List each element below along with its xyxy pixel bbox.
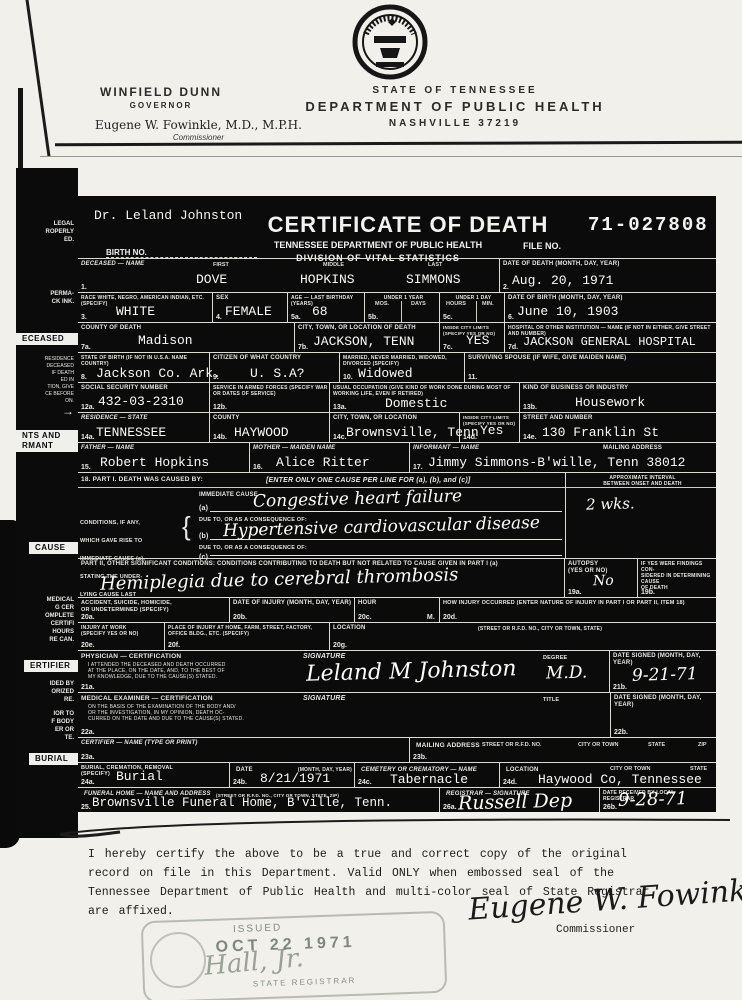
value-citizen: U. S.A?	[250, 366, 305, 381]
stamp-seal-icon	[149, 931, 207, 989]
certification-title: PHYSICIAN — CERTIFICATION	[78, 651, 300, 660]
scan-edge-line	[25, 0, 51, 156]
value-mother-name: Alice Ritter	[276, 455, 370, 470]
certificate-body: Dr. Leland Johnston CERTIFICATE OF DEATH…	[78, 196, 716, 812]
sub-label: FIRST	[213, 262, 229, 268]
field-residence-city-limits: INSIDE CITY LIMITS (SPECIFY YES OR NO) Y…	[460, 413, 520, 442]
field-number: 7a.	[81, 344, 91, 351]
field-hour: HOUR M. 20c.	[355, 598, 440, 622]
field-number: 5a.	[291, 314, 301, 321]
margin-note-legal: LEGAL ROPERLY ED.	[46, 220, 74, 244]
birth-no-label: BIRTH NO.	[106, 248, 257, 258]
field-burial-location: LOCATION CITY OR TOWN STATE Haywood Co, …	[500, 763, 716, 787]
field-number: 20c.	[358, 614, 372, 621]
field-part2-conditions: PART II, OTHER SIGNIFICANT CONDITIONS: C…	[78, 559, 565, 597]
value-state-of-birth: Jackson Co. Ark.	[96, 366, 221, 381]
line-b-prefix: (b)	[196, 531, 209, 540]
field-father: FATHER — NAME Robert Hopkins 15.	[78, 443, 250, 472]
field-number: 14c.	[333, 434, 347, 441]
city-zip-line: NASHVILLE 37219	[305, 118, 605, 129]
field-injury-at-work: INJURY AT WORK (SPECIFY YES OR NO) 20e.	[78, 623, 165, 650]
field-label: STATE OF BIRTH (IF NOT IN U.S.A. NAME CO…	[78, 353, 209, 367]
field-examiner-date-signed: DATE SIGNED (MONTH, DAY, YEAR) 22b.	[610, 693, 716, 737]
field-number: 5b.	[368, 314, 378, 321]
stamp-issued-label: ISSUED	[233, 922, 283, 935]
margin-arrow-icon: →	[62, 404, 74, 418]
field-accident: ACCIDENT, SUICIDE, HOMICIDE, OR UNDETERM…	[78, 598, 230, 622]
field-date-of-birth: DATE OF BIRTH (MONTH, DAY, YEAR) June 10…	[505, 293, 716, 322]
value-part2: Hemiplegia due to cerebral thrombosis	[100, 564, 459, 594]
row-ssn-occupation: SOCIAL SECURITY NUMBER 432-03-2310 12a. …	[78, 382, 716, 412]
title-label: TITLE	[540, 695, 559, 704]
field-number: 20b.	[233, 614, 247, 621]
value-age: 68	[312, 304, 328, 319]
field-number: 21b.	[613, 684, 627, 691]
field-number: 22b.	[614, 729, 628, 736]
stamp-registrar-label: STATE REGISTRAR	[253, 976, 357, 989]
field-residence-state: RESIDENCE — STATE TENNESSEE 14a.	[78, 413, 210, 442]
divider	[401, 301, 402, 322]
row-medical-examiner: MEDICAL EXAMINER — CERTIFICATION ON THE …	[78, 692, 716, 737]
section-part2: PART II, OTHER SIGNIFICANT CONDITIONS: C…	[78, 558, 716, 597]
field-physician-date-signed: DATE SIGNED (MONTH, DAY, YEAR) 9-21-71 2…	[610, 651, 716, 692]
field-label: COUNTY OF DEATH	[78, 323, 294, 332]
field-under-1-year: UNDER 1 YEAR MOS. DAYS 5b.	[365, 293, 440, 322]
sub-label: DAYS	[411, 301, 426, 307]
field-number: 3.	[81, 314, 87, 321]
governor-title: GOVERNOR	[100, 101, 222, 110]
margin-note-medical: MEDICAL G CER OMPLETE CERTIFI HOURS RE C…	[45, 596, 74, 644]
certificate-subtitle1: TENNESSEE DEPARTMENT OF PUBLIC HEALTH	[238, 240, 518, 250]
field-number: 7b.	[298, 344, 308, 351]
value-first-name: DOVE	[196, 272, 227, 287]
field-label: SURVIVING SPOUSE (IF WIFE, GIVE MAIDEN N…	[465, 353, 716, 362]
part1-instruction: [ENTER ONLY ONE CAUSE PER LINE FOR (a), …	[263, 475, 470, 484]
commissioner-label: Commissioner	[556, 924, 635, 936]
field-informant: INFORMANT — NAME MAILING ADDRESS Jimmy S…	[410, 443, 716, 472]
divider	[476, 301, 477, 322]
value-race: WHITE	[116, 304, 155, 319]
value-residence-state: TENNESSEE	[96, 425, 166, 440]
field-number: 20d.	[443, 614, 457, 621]
field-residence-city: CITY, TOWN, OR LOCATION Brownsville, Ten…	[330, 413, 460, 442]
field-label: DATE OF BIRTH (MONTH, DAY, YEAR)	[505, 293, 716, 302]
field-number: 14e.	[523, 434, 537, 441]
field-label: DATE OF DEATH (MONTH, DAY, YEAR)	[500, 259, 716, 268]
row-accident: ACCIDENT, SUICIDE, HOMICIDE, OR UNDETERM…	[78, 597, 716, 622]
sub-label: HOURS	[446, 301, 466, 307]
sub-label: CITY OR TOWN	[578, 742, 618, 748]
certification-title: MEDICAL EXAMINER — CERTIFICATION	[78, 693, 300, 702]
field-examiner-title: TITLE	[530, 693, 610, 737]
field-number: 13a.	[333, 404, 347, 411]
field-mother: MOTHER — MAIDEN NAME Alice Ritter 16.	[250, 443, 410, 472]
value-date-signed: 9-21-71	[632, 664, 698, 686]
row-parents-informant: FATHER — NAME Robert Hopkins 15. MOTHER …	[78, 442, 716, 472]
field-number: 23a.	[81, 754, 95, 761]
certification-body: ON THE BASIS OF THE EXAMINATION OF THE B…	[78, 702, 300, 722]
field-number: 24d.	[503, 779, 517, 786]
field-number: 24a.	[81, 779, 95, 786]
scan-edge-bar	[18, 88, 23, 172]
field-number: 24c.	[358, 779, 372, 786]
margin-note-residence: RESIDENCE DECEASED IF DEATH ED IN TION, …	[45, 356, 74, 405]
governor-block: WINFIELD DUNN GOVERNOR	[100, 85, 222, 110]
value-informant: Jimmy Simmons-B'wille, Tenn 38012	[428, 455, 685, 470]
row-certifier: CERTIFIER — NAME (TYPE OR PRINT) 23a. MA…	[78, 737, 716, 762]
margin-column: LEGAL ROPERLY ED. PERMA- CK INK. ECEASED…	[16, 168, 78, 838]
field-examiner-certification: MEDICAL EXAMINER — CERTIFICATION ON THE …	[78, 693, 300, 737]
field-number: 20f.	[168, 642, 180, 649]
field-occupation: USUAL OCCUPATION (GIVE KIND OF WORK DONE…	[330, 383, 520, 412]
row-injury-location: INJURY AT WORK (SPECIFY YES OR NO) 20e. …	[78, 622, 716, 650]
value-residence-county: HAYWOOD	[234, 425, 289, 440]
field-label: HOUR	[355, 598, 439, 607]
field-label: ACCIDENT, SUICIDE, HOMICIDE, OR UNDETERM…	[78, 598, 229, 613]
field-number: 19a.	[568, 589, 582, 596]
sub-label: LAST	[428, 262, 442, 268]
field-examiner-signature: SIGNATURE	[300, 693, 530, 737]
field-number: 24b.	[233, 779, 247, 786]
death-certificate-scan: WINFIELD DUNN GOVERNOR Eugene W. Fowinkl…	[0, 0, 742, 1000]
field-label: STREET AND NUMBER	[520, 413, 716, 422]
value-date-of-birth: June 10, 1903	[517, 304, 618, 319]
field-label: SEX	[213, 293, 287, 302]
field-ssn: SOCIAL SECURITY NUMBER 432-03-2310 12a.	[78, 383, 210, 412]
field-number: 4.	[216, 314, 222, 321]
field-label: CITY, TOWN, OR LOCATION	[330, 413, 459, 422]
row-name: DECEASED — NAME FIRST MIDDLE LAST DOVE H…	[78, 258, 716, 292]
value-street-number: 130 Franklin St	[542, 425, 659, 440]
field-number: 20e.	[81, 642, 95, 649]
value-interval-a: 2 wks.	[586, 494, 635, 513]
field-label: MOTHER — MAIDEN NAME	[253, 445, 335, 451]
field-label: DATE SIGNED (MONTH, DAY, YEAR)	[611, 693, 716, 709]
value-burial-type: Burial	[116, 769, 163, 784]
file-no-label: FILE NO.	[523, 241, 561, 251]
field-number: 7c.	[443, 344, 453, 351]
field-number: 21a.	[81, 684, 95, 691]
row-race-sex-age: RACE WHITE, NEGRO, AMERICAN INDIAN, ETC.…	[78, 292, 716, 322]
field-cemetery: CEMETERY OR CREMATORY — NAME Tabernacle …	[355, 763, 500, 787]
value-business: Housework	[575, 395, 645, 410]
governor-name: WINFIELD DUNN	[100, 85, 222, 99]
field-label: INFORMANT — NAME	[413, 445, 479, 451]
margin-band-deceased: ECEASED	[16, 333, 78, 345]
file-no-value: 71-027808	[588, 214, 709, 236]
sub-label: MOS.	[375, 301, 389, 307]
field-label: KIND OF BUSINESS OR INDUSTRY	[520, 383, 716, 392]
row-birth-citizen-marital: STATE OF BIRTH (IF NOT IN U.S.A. NAME CO…	[78, 352, 716, 382]
value-occupation: Domestic	[385, 396, 447, 411]
field-number: 14d.	[463, 434, 477, 441]
margin-band-informant: NTS AND RMANT	[16, 430, 78, 452]
field-inside-city-limits-death: INSIDE CITY LIMITS (SPECIFY YES OR NO) Y…	[440, 323, 505, 352]
row-place-of-death: COUNTY OF DEATH Madison 7a. CITY, TOWN, …	[78, 322, 716, 352]
field-number: 1.	[81, 284, 87, 291]
value-middle-name: HOPKINS	[300, 272, 355, 287]
field-number: 12b.	[213, 404, 227, 411]
field-label: CITY, TOWN, OR LOCATION OF DEATH	[295, 323, 439, 332]
field-number: 13b.	[523, 404, 537, 411]
field-label: PLACE OF INJURY AT HOME, FARM, STREET, F…	[165, 623, 329, 637]
line-c-rule	[210, 543, 562, 556]
sub-label: MIN.	[482, 301, 494, 307]
field-label: RESIDENCE — STATE	[81, 415, 148, 421]
commissioner-title: Commissioner	[95, 133, 302, 142]
field-findings: IF YES WERE FINDINGS CON- SIDERED IN DET…	[638, 559, 716, 597]
value-degree: M.D.	[546, 662, 588, 683]
signature-label: SIGNATURE	[300, 693, 346, 702]
sub-label: MIDDLE	[323, 262, 344, 268]
field-number: 6.	[508, 314, 514, 321]
value-date-of-death: Aug. 20, 1971	[512, 273, 613, 288]
value-sex: FEMALE	[225, 304, 272, 319]
value-last-name: SIMMONS	[406, 272, 461, 287]
degree-label: DEGREE	[540, 653, 567, 662]
field-marital-status: MARRIED, NEVER MARRIED, WIDOWED, DIVORCE…	[340, 353, 465, 382]
field-race: RACE WHITE, NEGRO, AMERICAN INDIAN, ETC.…	[78, 293, 213, 322]
value-cemetery: Tabernacle	[390, 772, 468, 787]
field-certifier-name: CERTIFIER — NAME (TYPE OR PRINT) 23a.	[78, 738, 410, 762]
value-residence-city: Brownsville, Tenn	[346, 425, 479, 440]
commissioner-name: Eugene W. Fowinkle, M.D., M.P.H.	[95, 118, 302, 132]
value-marital-status: Widowed	[358, 366, 413, 381]
field-business: KIND OF BUSINESS OR INDUSTRY Housework 1…	[520, 383, 716, 412]
certificate-title: CERTIFICATE OF DEATH	[248, 212, 568, 238]
horizontal-rule-faint	[40, 156, 742, 157]
field-how-injury: HOW INJURY OCCURRED (ENTER NATURE OF INJ…	[440, 598, 716, 622]
field-number: 11.	[468, 374, 477, 381]
field-label: HOW INJURY OCCURRED (ENTER NATURE OF INJ…	[440, 598, 716, 607]
value-residence-city-limits: Yes	[480, 423, 503, 438]
value-county-of-death: Madison	[138, 333, 193, 348]
field-label: CITIZEN OF WHAT COUNTRY	[210, 353, 339, 362]
interval-label: APPROXIMATE INTERVAL BETWEEN ONSET AND D…	[566, 473, 716, 487]
row-residence: RESIDENCE — STATE TENNESSEE 14a. COUNTY …	[78, 412, 716, 442]
field-physician-certification: PHYSICIAN — CERTIFICATION I ATTENDED THE…	[78, 651, 300, 692]
field-citizen: CITIZEN OF WHAT COUNTRY U. S.A? 9.	[210, 353, 340, 382]
field-label: SOCIAL SECURITY NUMBER	[78, 383, 209, 392]
field-age: AGE — LAST BIRTHDAY (YEARS) 68 5a.	[288, 293, 365, 322]
field-number: 5c.	[443, 314, 453, 321]
value-burial-date: 8/21/1971	[260, 771, 330, 786]
field-label: SERVICE IN ARMED FORCES (SPECIFY WAR OR …	[210, 383, 329, 397]
field-residence-county: COUNTY HAYWOOD 14b.	[210, 413, 330, 442]
issued-stamp: ISSUED OCT 22 1971 Hall, Jr. STATE REGIS…	[141, 911, 448, 1000]
field-county-of-death: COUNTY OF DEATH Madison 7a.	[78, 323, 295, 352]
field-number: 23b.	[413, 754, 427, 761]
part1-label: 18. PART I. DEATH WAS CAUSED BY:	[78, 474, 203, 483]
field-label: MARRIED, NEVER MARRIED, WIDOWED, DIVORCE…	[340, 353, 464, 367]
department-line: DEPARTMENT OF PUBLIC HEALTH	[305, 99, 605, 114]
department-block: STATE OF TENNESSEE DEPARTMENT OF PUBLIC …	[305, 85, 605, 129]
state-line: STATE OF TENNESSEE	[305, 85, 605, 96]
field-city-of-death: CITY, TOWN, OR LOCATION OF DEATH JACKSON…	[295, 323, 440, 352]
field-label: LOCATION	[503, 765, 539, 774]
field-physician-degree: DEGREE M.D.	[530, 651, 610, 692]
field-label: CERTIFIER — NAME (TYPE OR PRINT)	[81, 740, 198, 746]
field-label2: (STREET OR R.F.D. NO., CITY OR TOWN, STA…	[475, 624, 602, 633]
field-label: USUAL OCCUPATION (GIVE KIND OF WORK DONE…	[330, 383, 519, 397]
sub-label: STREET OR R.F.D. NO.	[482, 742, 542, 748]
certification-body: I ATTENDED THE DECEASED AND DEATH OCCURR…	[78, 660, 300, 680]
field-deceased-name: DECEASED — NAME FIRST MIDDLE LAST DOVE H…	[78, 259, 500, 292]
interval-column: APPROXIMATE INTERVAL BETWEEN ONSET AND D…	[565, 473, 716, 558]
sub-label: STATE	[648, 742, 665, 748]
meridiem-label: M.	[424, 612, 435, 621]
margin-band-certifier: ERTIFIER	[24, 660, 81, 672]
margin-band-burial: BURIAL	[29, 753, 78, 765]
field-label: FATHER — NAME	[81, 445, 134, 451]
value-inside-city-limits: YES	[466, 333, 489, 348]
field-number: 8.	[81, 374, 87, 381]
margin-band-cause: CAUSE	[29, 542, 78, 554]
field-label: LOCATION	[330, 623, 366, 632]
field-street-number: STREET AND NUMBER 130 Franklin St 14e.	[520, 413, 716, 442]
field-number: 2.	[503, 284, 509, 291]
field-number: 16.	[253, 464, 263, 471]
margin-note-ink: PERMA- CK INK.	[50, 290, 74, 306]
value-city-of-death: JACKSON, TENN	[313, 334, 414, 349]
field-under-1-day: UNDER 1 DAY HOURS MIN. 5c.	[440, 293, 505, 322]
field-number: 9.	[213, 374, 219, 381]
field-physician-signature: SIGNATURE Leland M Johnston	[300, 651, 530, 692]
field-label: IF YES WERE FINDINGS CON- SIDERED IN DET…	[638, 559, 716, 591]
state-seal-icon	[352, 4, 428, 85]
doctor-note: Dr. Leland Johnston	[94, 208, 242, 223]
field-hospital: HOSPITAL OR OTHER INSTITUTION — NAME (IF…	[505, 323, 716, 352]
field-certifier-mailing: MAILING ADDRESS STREET OR R.F.D. NO. CIT…	[410, 738, 716, 762]
field-label: COUNTY	[210, 413, 329, 422]
field-number: 20a.	[81, 614, 95, 621]
value-autopsy: No	[593, 573, 614, 590]
field-date-of-death: DATE OF DEATH (MONTH, DAY, YEAR) Aug. 20…	[500, 259, 716, 292]
field-label: DATE	[233, 765, 253, 774]
field-burial-type: BURIAL, CREMATION, REMOVAL (SPECIFY) Bur…	[78, 763, 230, 787]
field-surviving-spouse: SURVIVING SPOUSE (IF WIFE, GIVE MAIDEN N…	[465, 353, 716, 382]
field-label: DATE OF INJURY (MONTH, DAY, YEAR)	[230, 598, 354, 607]
section-cause-of-death: 18. PART I. DEATH WAS CAUSED BY: [ENTER …	[78, 472, 716, 558]
field-armed-forces: SERVICE IN ARMED FORCES (SPECIFY WAR OR …	[210, 383, 330, 412]
field-number: 12a.	[81, 404, 95, 411]
signature-label: SIGNATURE	[300, 651, 346, 660]
field-number: 10.	[343, 374, 353, 381]
field-number: 22a.	[81, 729, 95, 736]
field-number: 19b.	[641, 589, 655, 596]
value-physician-signature: Leland M Johnston	[306, 656, 517, 687]
value-burial-location: Haywood Co, Tennessee	[538, 772, 702, 787]
field-number: 14b.	[213, 434, 227, 441]
margin-note-cert1: IDED BY ORIZED RE.	[50, 680, 74, 704]
conditions-brace: {	[182, 511, 191, 542]
field-state-of-birth: STATE OF BIRTH (IF NOT IN U.S.A. NAME CO…	[78, 353, 210, 382]
line-a-prefix: (a)	[196, 503, 208, 512]
margin-note-cert2: IOR TO F BODY ER OR TE.	[51, 710, 74, 742]
field-place-of-injury: PLACE OF INJURY AT HOME, FARM, STREET, F…	[165, 623, 330, 650]
field-injury-location: LOCATION (STREET OR R.F.D. NO., CITY OR …	[330, 623, 716, 650]
row-burial: BURIAL, CREMATION, REMOVAL (SPECIFY) Bur…	[78, 762, 716, 787]
field-date-of-injury: DATE OF INJURY (MONTH, DAY, YEAR) 20b.	[230, 598, 355, 622]
row-physician: PHYSICIAN — CERTIFICATION I ATTENDED THE…	[78, 650, 716, 692]
field-number: 14a.	[81, 434, 95, 441]
field-burial-date: DATE (MONTH, DAY, YEAR) 8/21/1971 24b.	[230, 763, 355, 787]
field-label2: MAILING ADDRESS	[600, 443, 662, 452]
field-number: 15.	[81, 464, 91, 471]
field-label: MAILING ADDRESS	[413, 740, 480, 749]
scan-crease-line	[0, 808, 742, 838]
value-ssn: 432-03-2310	[98, 394, 184, 409]
field-number: 7d.	[508, 344, 518, 351]
field-label: PART II, OTHER SIGNIFICANT CONDITIONS: C…	[78, 559, 564, 568]
sub-label: ZIP	[698, 742, 707, 748]
field-label: DECEASED — NAME	[78, 259, 144, 268]
value-hospital: JACKSON GENERAL HOSPITAL	[523, 335, 696, 349]
field-label: INJURY AT WORK (SPECIFY YES OR NO)	[78, 623, 164, 637]
value-father-name: Robert Hopkins	[100, 455, 209, 470]
field-sex: SEX FEMALE 4.	[213, 293, 288, 322]
field-number: 17.	[413, 464, 423, 471]
field-autopsy: AUTOPSY (YES OR NO) No 19a.	[565, 559, 638, 597]
field-number: 20g.	[333, 642, 347, 649]
commissioner-block: Eugene W. Fowinkle, M.D., M.P.H. Commiss…	[95, 118, 302, 142]
